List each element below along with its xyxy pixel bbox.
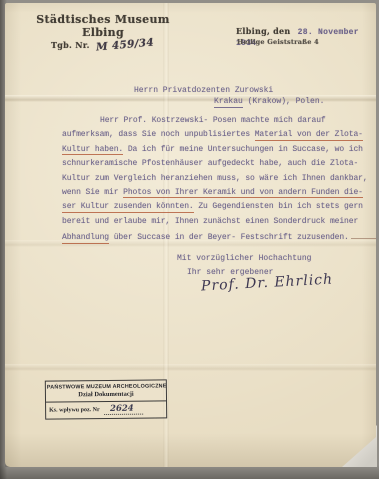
typed-text: bereit und erlaube mir, Ihnen zunächst e… (62, 217, 358, 226)
underlined-text: Photos von Ihrer Keramik und von andern … (123, 188, 363, 199)
letterhead-street: Heilige Geiststraße 4 (237, 38, 319, 46)
body-line: Kultur zum Vergleich heranziehen muss, s… (62, 174, 364, 188)
typed-text: schnurkeramische Pfostenhäuser aufgedeck… (62, 159, 358, 168)
typed-text: Kultur zum Vergleich heranziehen muss, s… (62, 174, 368, 183)
body-line: aufmerksam, dass Sie noch unpublisiertes… (62, 130, 364, 144)
body-line: Kultur haben. Da ich für meine Untersuch… (62, 145, 364, 159)
stamp-entry-number-handwritten: 2624 (104, 403, 143, 414)
body-line: bereit und erlaube mir, Ihnen zunächst e… (62, 217, 364, 231)
journal-number-handwritten: M 459/34 (95, 36, 154, 53)
stamp-institution: PAŃSTWOWE MUZEUM ARCHEOLOGICZNE (46, 380, 166, 390)
body-line: Herr Prof. Kostrzewski- Posen machte mic… (62, 116, 364, 130)
typed-text: Da ich für meine Untersuchungen in Succa… (123, 145, 363, 154)
body-line: schnurkeramische Pfostenhäuser aufgedeck… (62, 159, 364, 173)
stamp-entry-label: Ks. wpływu poz. Nr (49, 407, 99, 414)
letterhead-museum-name: Städtisches Museum Elbing (33, 13, 173, 39)
body-line: wenn Sie mir Photos von Ihrer Keramik un… (62, 188, 364, 202)
letterhead-line1: Städtisches Museum (33, 13, 173, 26)
underlined-text: Abhandlung (62, 233, 109, 244)
underlined-text: Material von der Zlota- (255, 130, 363, 141)
letter-paper: Städtisches Museum Elbing Tgb. Nr. M 459… (5, 3, 376, 467)
recipient-city-rest: (Krakow), Polen. (243, 97, 325, 106)
dateline-place-label: Elbing, den (236, 26, 291, 36)
recipient-city: Krakau (Krakow), Polen. (214, 97, 324, 106)
archive-receipt-stamp: PAŃSTWOWE MUZEUM ARCHEOLOGICZNE Dział Do… (45, 379, 167, 419)
body-line: Abhandlung über Succase in der Beyer- Fe… (62, 231, 364, 245)
typed-text: über Succase in der Beyer- Festschrift z… (109, 233, 349, 242)
journal-number-label: Tgb. Nr. (51, 40, 90, 50)
recipient-name: Herrn Privatdozenten Zurowski (134, 86, 273, 95)
pencil-rule (351, 231, 379, 239)
underlined-text: Kultur haben. (62, 145, 123, 156)
closing-salutation: Mit vorzüglicher Hochachtung (177, 254, 311, 263)
letter-body: Herr Prof. Kostrzewski- Posen machte mic… (62, 116, 364, 246)
recipient-city-underlined: Krakau (214, 97, 243, 108)
stamp-entry-row: Ks. wpływu poz. Nr 2624 (46, 400, 166, 418)
typed-text: wenn Sie mir (62, 188, 123, 197)
fold-crease (5, 364, 376, 371)
typed-text: Zu Gegendiensten bin ich stets gern (194, 202, 363, 211)
typed-text: aufmerksam, dass Sie noch unpublisiertes (62, 130, 255, 139)
scanned-letter: Städtisches Museum Elbing Tgb. Nr. M 459… (0, 0, 379, 479)
body-line: ser Kultur zusenden könnten. Zu Gegendie… (62, 202, 364, 216)
typed-text: Herr Prof. Kostrzewski- Posen machte mic… (100, 116, 326, 125)
journal-number: Tgb. Nr. M 459/34 (51, 39, 154, 51)
underlined-text: ser Kultur zusenden könnten. (62, 202, 194, 213)
